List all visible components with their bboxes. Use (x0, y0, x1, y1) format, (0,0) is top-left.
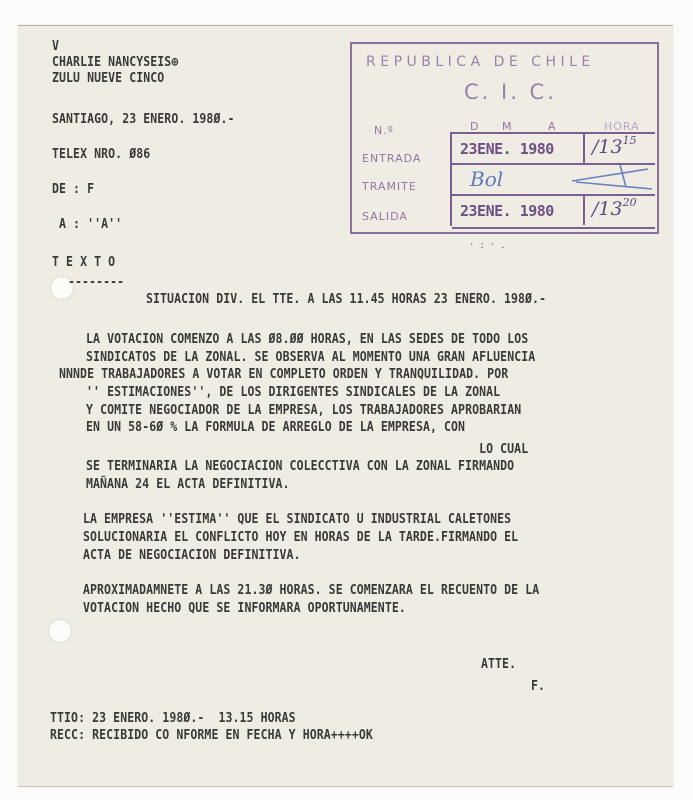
stamp-row-entrada: 23ENE. 1980 /1315 (452, 132, 655, 165)
closing-signature: F. (531, 678, 545, 696)
para1-line: NNNDE TRABAJADORES A VOTAR EN COMPLETO O… (59, 366, 508, 384)
from-field: DE : F (52, 181, 94, 199)
entrada-hour: /1315 (592, 134, 637, 158)
stamp-label-salida: SALIDA (362, 210, 408, 223)
tramite-check-mark-icon (568, 163, 658, 193)
stamp-label-tramite: TRAMITE (362, 180, 417, 193)
salida-hour: /1320 (592, 196, 637, 220)
para3-line: SOLUCIONARIA EL CONFLICTO HOY EN HORAS D… (83, 529, 518, 547)
header-sender-code-2: ZULU NUEVE CINCO (52, 70, 164, 88)
stamp-col-no: N.º (374, 124, 394, 137)
texto-underline: -------- (68, 274, 124, 292)
stamp-ink-dots: · : · . (470, 240, 506, 251)
para3-line: LA EMPRESA ''ESTIMA'' QUE EL SINDICATO U… (83, 511, 511, 529)
footer-recc: RECC: RECIBIDO CO NFORME EN FECHA Y HORA… (50, 727, 373, 745)
stamp-row-salida: 23ENE. 1980 /1320 (452, 194, 655, 229)
punch-hole-bottom (48, 619, 72, 643)
stamp-agency: C. I. C. (464, 80, 557, 104)
stamp-row-tramite: Bol (452, 163, 655, 196)
to-field: A : ''A'' (52, 216, 122, 234)
subject-line: SITUACION DIV. EL TTE. A LAS 11.45 HORAS… (146, 291, 546, 309)
para1-line: EN UN 58-6Ø % LA FORMULA DE ARREGLO DE L… (72, 419, 465, 437)
para1-line: SINDICATOS DE LA ZONAL. SE OBSERVA AL MO… (72, 349, 535, 367)
stamp-grid: 23ENE. 1980 /1315 Bol 23ENE. 1980 /1320 (450, 132, 655, 226)
place-date: SANTIAGO, 23 ENERO. 198Ø.- (52, 111, 235, 129)
telex-number: TELEX NRO. Ø86 (52, 146, 150, 164)
para1-line: LA VOTACION COMENZO A LAS Ø8.ØØ HORAS, E… (72, 331, 528, 349)
stamp-title: REPUBLICA DE CHILE (366, 54, 595, 70)
closing-atte: ATTE. (481, 656, 516, 674)
footer-ttio: TTIO: 23 ENERO. 198Ø.- 13.15 HORAS (50, 710, 296, 728)
para4-line: VOTACION HECHO QUE SE INFORMARA OPORTUNA… (83, 600, 406, 618)
tramite-initials: Bol (470, 167, 503, 191)
stamp-label-entrada: ENTRADA (362, 152, 421, 165)
salida-date: 23ENE. 1980 (460, 202, 554, 220)
para2-line: SE TERMINARIA LA NEGOCIACION COLECCTIVA … (86, 458, 514, 476)
reception-stamp: REPUBLICA DE CHILE C. I. C. N.º D M A HO… (350, 42, 659, 234)
para2-line: LO CUAL (86, 441, 528, 459)
entrada-date: 23ENE. 1980 (460, 140, 554, 158)
para1-line: Y COMITE NEGOCIADOR DE LA EMPRESA, LOS T… (72, 402, 521, 420)
para2-line: MAÑANA 24 EL ACTA DEFINITIVA. (86, 476, 290, 494)
para3-line: ACTA DE NEGOCIACION DEFINITIVA. (83, 547, 301, 565)
para1-line: '' ESTIMACIONES'', DE LOS DIRIGENTES SIN… (72, 384, 500, 402)
texto-label: T E X T O (52, 254, 115, 272)
para4-line: APROXIMADAMNETE A LAS 21.3Ø HORAS. SE CO… (83, 582, 539, 600)
